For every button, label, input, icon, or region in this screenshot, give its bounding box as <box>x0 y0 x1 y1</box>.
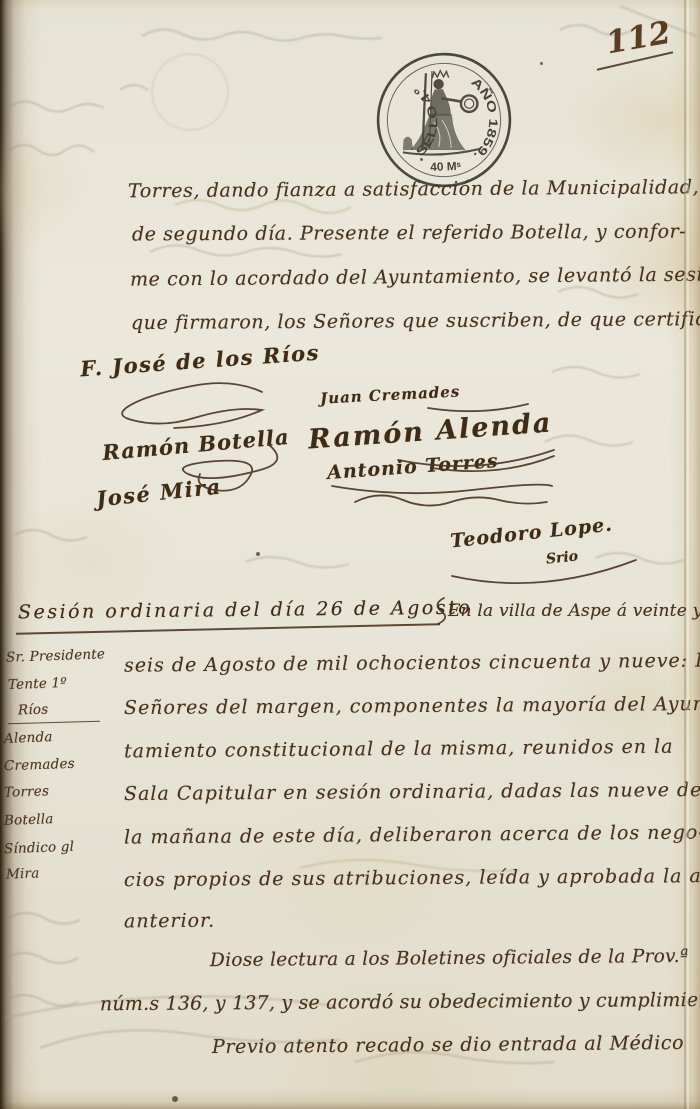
ink-speck <box>420 158 423 161</box>
signature-juan-cremades: Juan Cremades <box>320 382 461 407</box>
revenue-stamp: SELLO 4.º AÑO 1859. 40 Mˢ <box>372 48 517 193</box>
handwritten-line: que firmaron, los Señores que suscriben,… <box>131 308 700 334</box>
margin-attendee: Ríos <box>18 701 49 718</box>
margin-attendee: Alenda <box>4 729 53 747</box>
stamp-denomination: 40 Mˢ <box>430 159 462 174</box>
ink-speck <box>256 552 260 556</box>
margin-underline <box>8 721 100 724</box>
body-line: Sala Capitular en sesión ordinaria, dada… <box>124 779 700 805</box>
page-crease <box>684 0 686 1109</box>
signature-teodoro-lope: Teodoro Lope. <box>449 514 613 553</box>
signature-jose-mira: José Mira <box>95 473 223 511</box>
signature-ramon-botella: Ramón Botella <box>101 424 290 465</box>
body-line: Señores del margen, componentes la mayor… <box>124 693 700 719</box>
manuscript-page: 112 <box>0 0 700 1109</box>
margin-attendee: Tente 1º <box>8 675 67 693</box>
body-line: cios propios de sus atribuciones, leída … <box>124 865 700 891</box>
show-through-writing <box>0 0 700 1109</box>
signature-ramon-alenda: Ramón Alenda <box>307 408 553 456</box>
body-line: Previo atento recado se dio entrada al M… <box>212 1032 684 1058</box>
page-crease-highlight <box>687 0 689 1109</box>
margin-attendee: Cremades <box>4 756 75 774</box>
body-line: núm.s 136, y 137, y se acordó su obedeci… <box>100 989 700 1015</box>
margin-attendee: Botella <box>4 811 54 829</box>
signature-rubrics <box>0 0 700 1109</box>
seated-figure-illustration <box>400 69 481 155</box>
ink-speck <box>540 62 543 65</box>
margin-attendee: Síndico gl <box>4 839 75 857</box>
body-line: la mañana de este día, deliberaron acerc… <box>124 821 700 848</box>
margin-attendee: Torres <box>4 783 50 801</box>
embossed-seal <box>152 54 228 130</box>
signature-teodoro-lope-role: Srio <box>545 548 579 567</box>
session-heading-underline <box>16 623 440 635</box>
handwritten-line: de segundo día. Presente el referido Bot… <box>132 221 686 246</box>
session-opening-line: En la villa de Aspe á veinte y <box>448 601 700 621</box>
handwritten-line: me con lo acordado del Ayuntamiento, se … <box>130 263 700 290</box>
body-line: anterior. <box>124 910 215 933</box>
session-heading: Sesión ordinaria del día 26 de Agosto <box>18 597 472 624</box>
body-line: seis de Agosto de mil ochocientos cincue… <box>124 649 700 676</box>
signature-antonio-torres: Antonio Torres <box>326 450 499 484</box>
body-line: Diose lectura a los Boletines oficiales … <box>210 946 689 971</box>
handwritten-line: Torres, dando fianza a satisfacción de l… <box>128 176 700 203</box>
margin-attendee: Mira <box>6 865 40 882</box>
margin-attendee: Sr. Presidente <box>6 646 106 665</box>
ink-speck <box>172 1096 178 1102</box>
signature-jose-de-los-rios: F. José de los Ríos <box>79 340 320 382</box>
body-line: tamiento constitucional de la misma, reu… <box>124 736 674 763</box>
